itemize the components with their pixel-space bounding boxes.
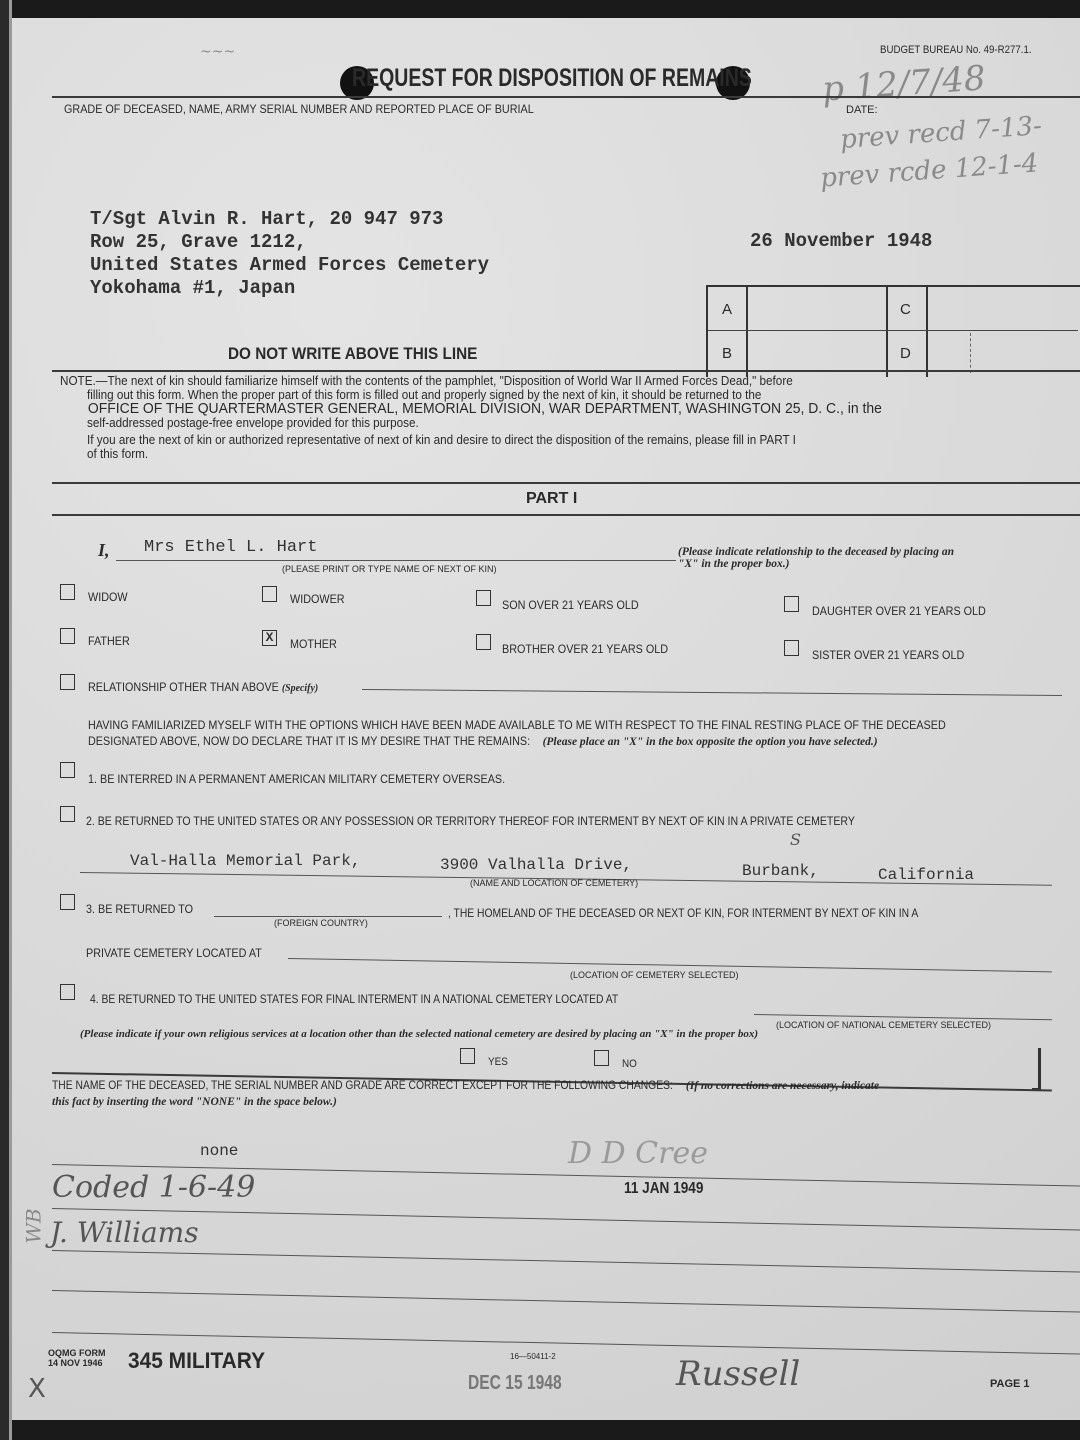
- corrections-line-2: [52, 1208, 1080, 1231]
- widower-label: WIDOWER: [290, 592, 345, 606]
- corrections-line-4: [52, 1290, 1080, 1313]
- brother-checkbox[interactable]: [476, 634, 491, 650]
- top-scribble: ~~~: [200, 44, 235, 60]
- religious-yes-label: YES: [488, 1056, 508, 1068]
- deceased-block: T/Sgt Alvin R. Hart, 20 947 973 Row 25, …: [90, 208, 489, 300]
- option-1-checkbox[interactable]: [60, 762, 75, 778]
- next-of-kin-caption: (PLEASE PRINT OR TYPE NAME OF NEXT OF KI…: [282, 564, 497, 574]
- father-checkbox[interactable]: [60, 628, 75, 644]
- do-not-write-label: DO NOT WRITE ABOVE THIS LINE: [228, 344, 477, 364]
- title-rule: [52, 96, 1080, 98]
- option-2-hand-mark: S: [790, 830, 801, 849]
- deceased-row-grave: Row 25, Grave 1212,: [90, 231, 489, 254]
- mother-checkbox[interactable]: X: [262, 630, 277, 646]
- religious-bracket: [1032, 1048, 1041, 1090]
- religious-yes-checkbox[interactable]: [460, 1048, 475, 1064]
- corrections-line-3: [52, 1250, 1080, 1273]
- option-4-label: 4. BE RETURNED TO THE UNITED STATES FOR …: [90, 992, 618, 1006]
- received-stamp: DEC 15 1948: [468, 1372, 562, 1395]
- option-3-label-a: 3. BE RETURNED TO: [86, 902, 193, 916]
- print-code: 16—50411-2: [510, 1352, 556, 1361]
- widower-checkbox[interactable]: [262, 586, 277, 602]
- handwritten-note-prev-recd: prev recd 7-13-: [839, 111, 1043, 155]
- foreign-country-caption: (FOREIGN COUNTRY): [274, 918, 368, 928]
- cemetery-state[interactable]: California: [878, 866, 974, 884]
- religious-services-instruction: (Please indicate if your own religious s…: [80, 1028, 758, 1040]
- corrections-label-1: THE NAME OF THE DECEASED, THE SERIAL NUM…: [52, 1078, 879, 1092]
- handwritten-margin-initials: WB: [22, 1208, 46, 1243]
- option-1-label: 1. BE INTERRED IN A PERMANENT AMERICAN M…: [88, 772, 505, 786]
- form-page: ~~~ BUDGET BUREAU No. 49-R277.1. REQUEST…: [12, 18, 1080, 1420]
- other-relationship-label: RELATIONSHIP OTHER THAN ABOVE (Specify): [88, 680, 318, 694]
- date-label: DATE:: [846, 104, 878, 116]
- box-label-d: D: [900, 345, 911, 362]
- form-number: 345 MILITARY: [128, 1348, 265, 1374]
- religious-no-label: NO: [622, 1058, 637, 1070]
- cemetery-address[interactable]: 3900 Valhalla Drive,: [440, 856, 632, 874]
- note-line-1: NOTE.—The next of kin should familiarize…: [60, 374, 855, 388]
- option-2-checkbox[interactable]: [60, 806, 75, 822]
- note-block: NOTE.—The next of kin should familiarize…: [60, 374, 944, 461]
- sister-checkbox[interactable]: [784, 640, 799, 656]
- note-line-4: self-addressed postage-free envelope pro…: [60, 416, 855, 430]
- part-bottom-rule: [52, 514, 1080, 516]
- office-use-box: A B C D: [706, 285, 1080, 377]
- deceased-cemetery: United States Armed Forces Cemetery: [90, 254, 489, 277]
- daughter-checkbox[interactable]: [784, 596, 799, 612]
- handwritten-signature-dd: D D Cree: [568, 1136, 708, 1171]
- corrections-label-2: this fact by inserting the word "NONE" i…: [52, 1096, 337, 1108]
- national-cemetery-caption: (LOCATION OF NATIONAL CEMETERY SELECTED): [776, 1020, 991, 1030]
- do-not-write-rule: [52, 370, 1080, 372]
- private-cemetery-caption: (LOCATION OF CEMETERY SELECTED): [570, 970, 739, 980]
- i-label: I,: [98, 540, 110, 561]
- son-checkbox[interactable]: [476, 590, 491, 606]
- option-3-checkbox[interactable]: [60, 894, 75, 910]
- next-of-kin-line: [116, 560, 676, 561]
- son-label: SON OVER 21 YEARS OLD: [502, 598, 639, 612]
- note-line-5: If you are the next of kin or authorized…: [60, 433, 855, 447]
- other-relationship-line[interactable]: [362, 689, 1062, 696]
- handwritten-signature-russell: Russell: [676, 1354, 800, 1394]
- religious-no-checkbox[interactable]: [594, 1050, 609, 1066]
- corrections-value[interactable]: none: [200, 1142, 238, 1160]
- cemetery-name[interactable]: Val-Halla Memorial Park,: [130, 852, 360, 870]
- form-title: REQUEST FOR DISPOSITION OF REMAINS: [352, 64, 752, 93]
- page-number: PAGE 1: [990, 1378, 1030, 1390]
- cemetery-city[interactable]: Burbank,: [742, 862, 819, 880]
- budget-bureau-number: BUDGET BUREAU No. 49-R277.1.: [880, 44, 1032, 56]
- box-label-c: C: [900, 301, 911, 318]
- deceased-name-serial: T/Sgt Alvin R. Hart, 20 947 973: [90, 208, 489, 231]
- box-label-a: A: [722, 301, 732, 318]
- relationship-instruction-1: (Please indicate relationship to the dec…: [678, 546, 954, 558]
- widow-label: WIDOW: [88, 590, 128, 604]
- part-heading: PART I: [526, 490, 577, 508]
- part-top-rule: [52, 482, 1080, 484]
- option-2-label: 2. BE RETURNED TO THE UNITED STATES OR A…: [86, 814, 855, 828]
- next-of-kin-name[interactable]: Mrs Ethel L. Hart: [144, 538, 317, 557]
- option-3-label-b: , THE HOMELAND OF THE DECEASED OR NEXT O…: [448, 906, 918, 920]
- handwritten-top-date: p 12/7/48: [821, 58, 987, 109]
- relationship-instruction: (Please indicate relationship to the dec…: [678, 546, 954, 570]
- mother-label: MOTHER: [290, 637, 337, 651]
- widow-checkbox[interactable]: [60, 584, 75, 600]
- form-id-line-2: 14 NOV 1946: [48, 1358, 106, 1368]
- father-label: FATHER: [88, 634, 130, 648]
- declaration-line-2: DESIGNATED ABOVE, NOW DO DECLARE THAT IT…: [88, 734, 878, 748]
- note-line-3: OFFICE OF THE QUARTERMASTER GENERAL, MEM…: [60, 402, 882, 416]
- other-relationship-checkbox[interactable]: [60, 674, 75, 690]
- sister-label: SISTER OVER 21 YEARS OLD: [812, 648, 964, 662]
- handwritten-williams: J. Williams: [50, 1216, 199, 1249]
- deceased-cemetery-location: Yokohama #1, Japan: [90, 277, 489, 300]
- foreign-country-line[interactable]: [214, 916, 442, 917]
- brother-label: BROTHER OVER 21 YEARS OLD: [502, 642, 668, 656]
- declaration-line-1: HAVING FAMILIARIZED MYSELF WITH THE OPTI…: [88, 718, 946, 732]
- option-3-label-c: PRIVATE CEMETERY LOCATED AT: [86, 946, 262, 960]
- binder-edge: [0, 0, 12, 1440]
- stamp-date-jan: 11 JAN 1949: [624, 1180, 703, 1198]
- daughter-label: DAUGHTER OVER 21 YEARS OLD: [812, 604, 986, 618]
- form-date: 26 November 1948: [750, 230, 932, 252]
- option-4-checkbox[interactable]: [60, 984, 75, 1000]
- x-mark: X: [28, 1374, 46, 1404]
- box-label-b: B: [722, 345, 732, 362]
- form-id-line-1: OQMG FORM: [48, 1348, 106, 1358]
- cemetery-caption: (NAME AND LOCATION OF CEMETERY): [470, 878, 638, 888]
- note-line-6: of this form.: [60, 447, 855, 461]
- handwritten-note-prev-rcde: prev rcde 12-1-4: [819, 148, 1039, 193]
- handwritten-coded: Coded 1-6-49: [52, 1170, 255, 1205]
- grade-name-label: GRADE OF DECEASED, NAME, ARMY SERIAL NUM…: [64, 102, 534, 116]
- relationship-instruction-2: "X" in the proper box.): [678, 558, 954, 570]
- form-id: OQMG FORM 14 NOV 1946: [48, 1348, 106, 1368]
